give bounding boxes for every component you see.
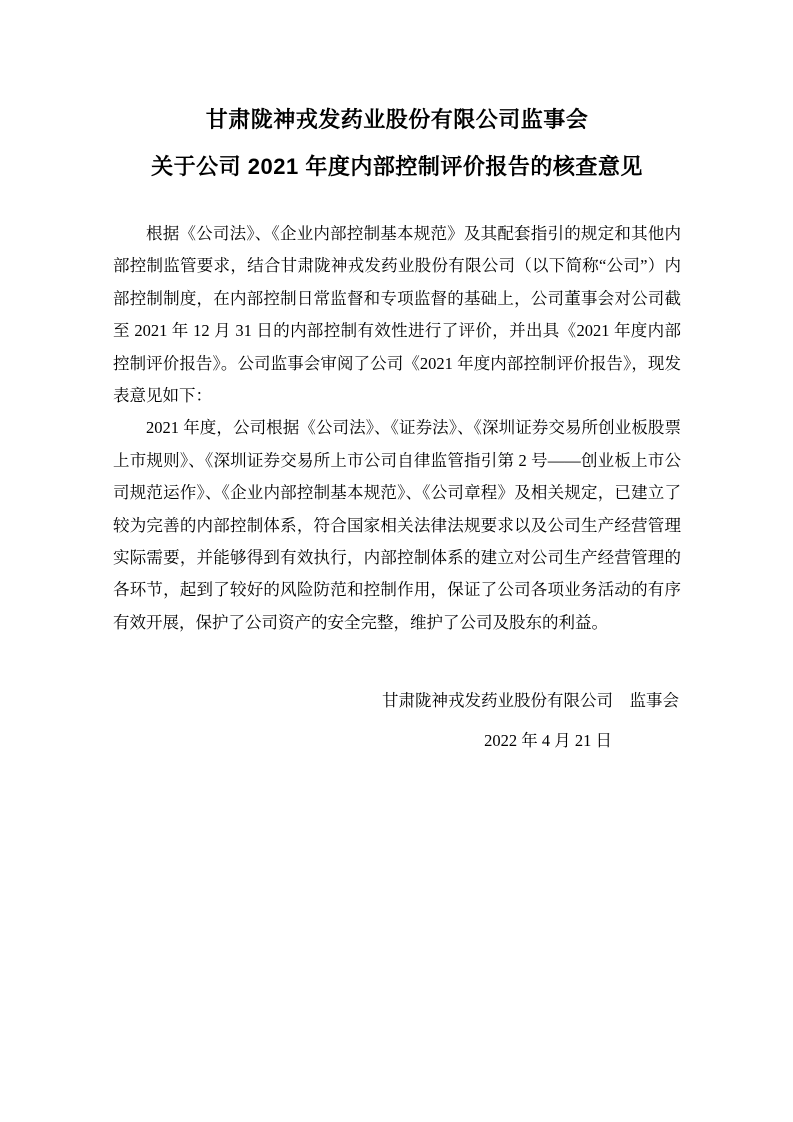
paragraph-opinion: 2021 年度，公司根据《公司法》、《证券法》、《深圳证券交易所创业板股票上市规… — [113, 412, 681, 639]
signature-date: 2022 年 4 月 21 日 — [113, 721, 681, 761]
paragraph-intro: 根据《公司法》、《企业内部控制基本规范》及其配套指引的规定和其他内部控制监管要求… — [113, 218, 681, 412]
signature-company: 甘肃陇神戎发药业股份有限公司 监事会 — [113, 681, 681, 721]
document-body: 根据《公司法》、《企业内部控制基本规范》及其配套指引的规定和其他内部控制监管要求… — [113, 218, 681, 639]
document-title-line1: 甘肃陇神戎发药业股份有限公司监事会 — [113, 96, 681, 143]
document-title-block: 甘肃陇神戎发药业股份有限公司监事会 关于公司 2021 年度内部控制评价报告的核… — [113, 96, 681, 190]
document-page: 甘肃陇神戎发药业股份有限公司监事会 关于公司 2021 年度内部控制评价报告的核… — [0, 0, 793, 1122]
document-title-line2: 关于公司 2021 年度内部控制评价报告的核查意见 — [113, 143, 681, 190]
signature-block: 甘肃陇神戎发药业股份有限公司 监事会 2022 年 4 月 21 日 — [113, 681, 681, 761]
